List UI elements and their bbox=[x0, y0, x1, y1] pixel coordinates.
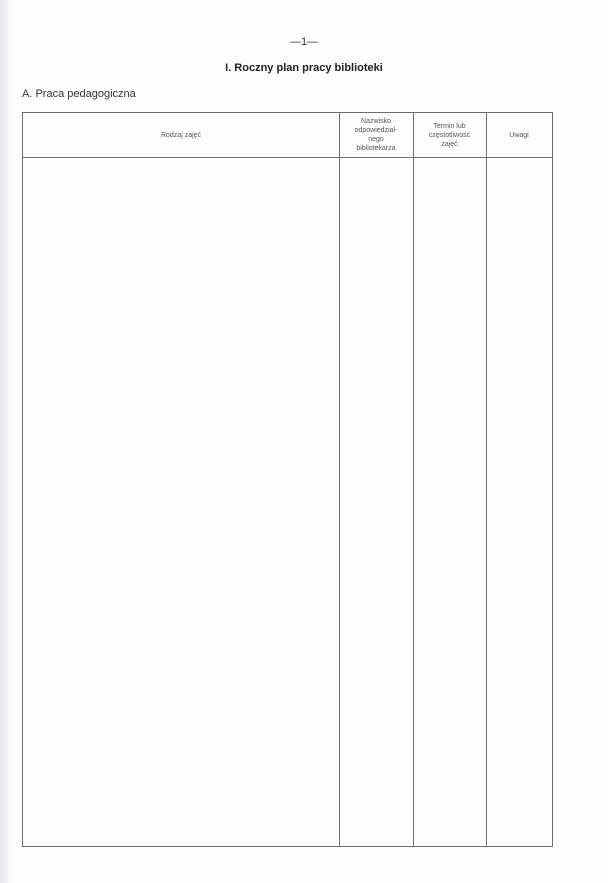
column-header-librarian: Nazwisko odpowiedzial- nego bibliotekarz… bbox=[339, 113, 413, 157]
page-number: —1— bbox=[0, 36, 608, 48]
column-header-label: Nazwisko odpowiedzial- nego bibliotekarz… bbox=[355, 117, 398, 153]
column-header-activity-type: Rodzaj zajęć bbox=[23, 113, 339, 157]
column-header-notes: Uwagi bbox=[486, 113, 552, 157]
column-divider bbox=[413, 113, 414, 846]
column-divider bbox=[339, 113, 340, 846]
plan-table: Rodzaj zajęć Nazwisko odpowiedzial- nego… bbox=[22, 112, 553, 847]
column-header-label: Rodzaj zajęć bbox=[161, 131, 201, 140]
page-title: I. Roczny plan pracy biblioteki bbox=[0, 62, 608, 74]
section-heading: A. Praca pedagogiczna bbox=[22, 88, 136, 100]
column-header-label: Termin lub częstotliwość zajęć bbox=[429, 122, 470, 149]
column-header-date: Termin lub częstotliwość zajęć bbox=[413, 113, 486, 157]
header-divider bbox=[23, 157, 552, 158]
column-divider bbox=[486, 113, 487, 846]
column-header-label: Uwagi bbox=[509, 131, 528, 140]
page-edge-shadow bbox=[0, 0, 14, 883]
